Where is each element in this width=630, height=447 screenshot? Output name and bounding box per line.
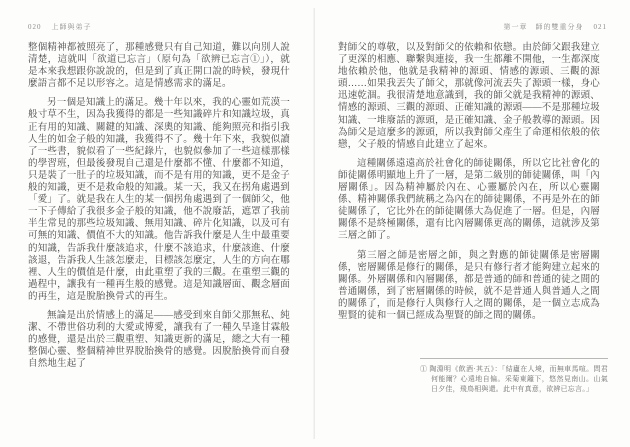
right-running-head: 第一章 師的雙重分身021 xyxy=(504,22,608,32)
left-running-head: 020上師與弟子 xyxy=(28,22,92,32)
footnote-block: ① 陶淵明《飲酒·其五》：「結廬在人境，而無車馬喧。問君何能爾？心遠地自偏。采菊… xyxy=(420,358,608,394)
footnote: ① 陶淵明《飲酒·其五》：「結廬在人境，而無車馬喧。問君何能爾？心遠地自偏。采菊… xyxy=(420,364,608,394)
left-page-text: 整個精神都被照亮了，那種感覺只有自己知道，難以向別人說清楚，這就叫「欲道已忘言」… xyxy=(28,42,290,377)
right-page: 第一章 師的雙重分身021 對師父的尊敬，以及對師父的依賴和依戀。由於師父跟我建… xyxy=(315,0,630,447)
paragraph: 這種關係遠遠高於社會化的師徒關係，所以它比社會化的師徒關係明顯地上升了一層，是第… xyxy=(338,158,600,243)
book-spread: 020上師與弟子 整個精神都被照亮了，那種感覺只有自己知道，難以向別人說清楚，這… xyxy=(0,0,630,447)
chapter-title: 第一章 師的雙重分身 xyxy=(504,23,584,31)
right-page-number: 021 xyxy=(594,23,608,31)
paragraph: 第三層之師是密層之師，與之對應的師徒關係是密層關係，密層關係是修行的關係，是只有… xyxy=(338,250,600,323)
paragraph: 對師父的尊敬，以及對師父的依賴和依戀。由於師父跟我建立了更深的相應、聯繫與連接，… xyxy=(338,42,600,151)
left-page: 020上師與弟子 整個精神都被照亮了，那種感覺只有自己知道，難以向別人說清楚，這… xyxy=(0,0,315,447)
left-running-title: 上師與弟子 xyxy=(52,23,92,31)
paragraph: 另一個是知識上的滿足。幾十年以來，我的心靈如荒漠一般寸草不生，因為我獲得的都是一… xyxy=(28,97,290,303)
paragraph: 整個精神都被照亮了，那種感覺只有自己知道，難以向別人說清楚，這就叫「欲道已忘言」… xyxy=(28,42,290,90)
left-page-number: 020 xyxy=(28,23,42,31)
right-page-text: 對師父的尊敬，以及對師父的依賴和依戀。由於師父跟我建立了更深的相應、聯繫與連接，… xyxy=(338,42,600,329)
paragraph: 無論是出於情感上的滿足——感受到來自師父那無私、純潔、不帶世俗功利的大愛或博愛，… xyxy=(28,310,290,370)
